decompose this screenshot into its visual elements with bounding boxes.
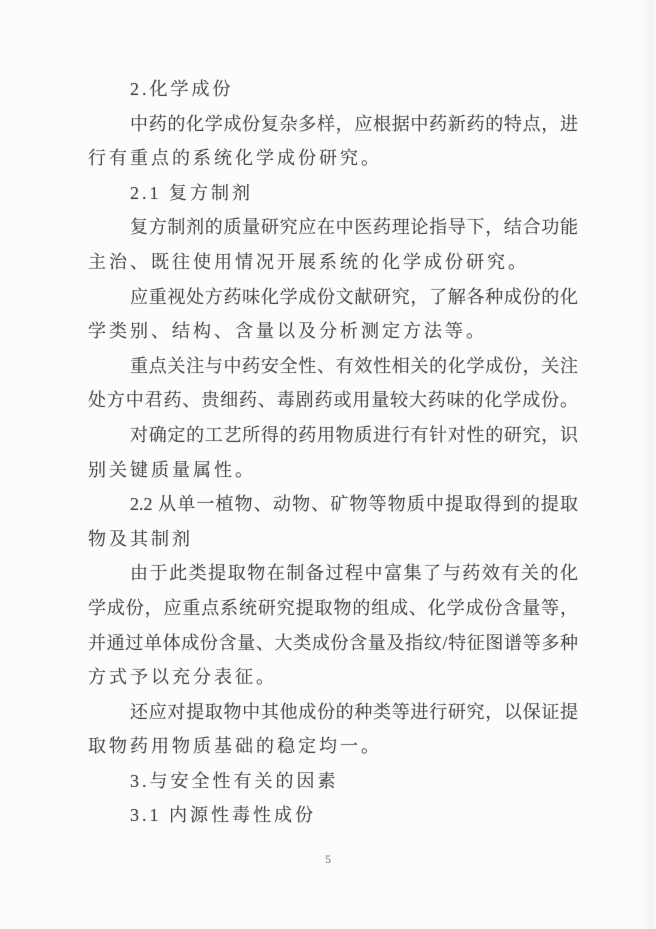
body-text-line: 学成份，应重点系统研究提取物的组成、化学成份含量等，	[88, 591, 578, 626]
body-text-line: 对确定的工艺所得的药用物质进行有针对性的研究，识	[88, 418, 578, 453]
body-text-line: 中药的化学成份复杂多样，应根据中药新药的特点，进	[88, 107, 578, 142]
section-heading-line: 2.2 从单一植物、动物、矿物等物质中提取得到的提取	[88, 487, 578, 522]
body-text-line: 行有重点的系统化学成份研究。	[88, 141, 578, 176]
body-text-line: 由于此类提取物在制备过程中富集了与药效有关的化	[88, 556, 578, 591]
body-text-line: 还应对提取物中其他成份的种类等进行研究，以保证提	[88, 695, 578, 730]
document-page: 2.化学成份中药的化学成份复杂多样，应根据中药新药的特点，进行有重点的系统化学成…	[0, 0, 656, 929]
body-text-line: 别关键质量属性。	[88, 453, 578, 488]
body-text-line: 主治、既往使用情况开展系统的化学成份研究。	[88, 245, 578, 280]
body-text-line: 应重视处方药味化学成份文献研究，了解各种成份的化	[88, 280, 578, 315]
scan-edge-shadow	[642, 0, 656, 929]
body-text-line: 并通过单体成份含量、大类成份含量及指纹/特征图谱等多种	[88, 626, 578, 661]
section-heading-line: 物及其制剂	[88, 522, 578, 557]
body-text-line: 取物药用物质基础的稳定均一。	[88, 729, 578, 764]
section-heading-line: 3.1 内源性毒性成份	[88, 798, 578, 833]
section-heading-line: 3.与安全性有关的因素	[88, 764, 578, 799]
page-number: 5	[0, 852, 656, 867]
body-text-line: 方式予以充分表征。	[88, 660, 578, 695]
document-text: 2.化学成份中药的化学成份复杂多样，应根据中药新药的特点，进行有重点的系统化学成…	[88, 72, 578, 833]
section-heading-line: 2.化学成份	[88, 72, 578, 107]
body-text-line: 处方中君药、贵细药、毒剧药或用量较大药味的化学成份。	[88, 383, 578, 418]
body-text-line: 复方制剂的质量研究应在中医药理论指导下，结合功能	[88, 210, 578, 245]
section-heading-line: 2.1 复方制剂	[88, 176, 578, 211]
body-text-line: 重点关注与中药安全性、有效性相关的化学成份，关注	[88, 349, 578, 384]
body-text-line: 学类别、结构、含量以及分析测定方法等。	[88, 314, 578, 349]
